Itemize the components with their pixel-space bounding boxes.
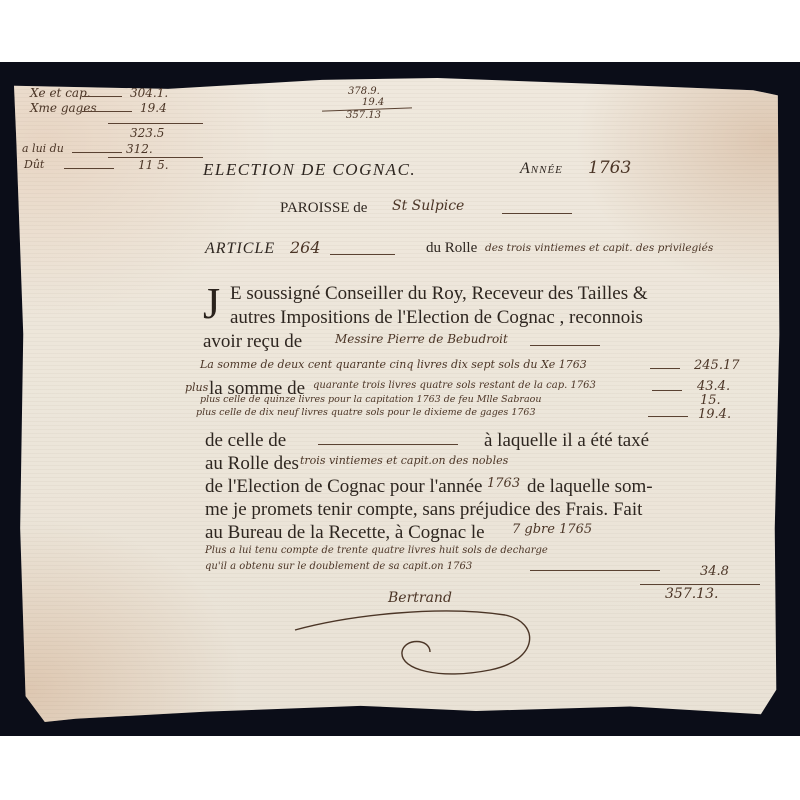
calc-value: 19.4 xyxy=(140,101,167,115)
article-rule xyxy=(330,254,395,255)
rolle-label: du Rolle xyxy=(426,240,477,257)
calc-sum-rule xyxy=(108,123,203,124)
handwritten-line-6: plus celle de quinze livres pour la capi… xyxy=(200,394,541,405)
amount-15: 15. xyxy=(700,393,721,408)
handwritten-year: 1763 xyxy=(487,476,520,491)
amount-dash xyxy=(652,390,682,391)
handwritten-line-14: qu'il a obtenu sur le doublement de sa c… xyxy=(205,561,472,572)
calc-dash xyxy=(82,111,132,112)
body-line-8b: à laquelle il a été taxé xyxy=(484,430,649,452)
name-rule xyxy=(530,345,600,346)
paroisse-value: St Sulpice xyxy=(392,198,464,214)
calc-label: Xme gages xyxy=(30,101,97,115)
amount-34: 34.8 xyxy=(700,564,729,579)
amount-dash xyxy=(648,416,688,417)
blank-rule xyxy=(318,444,458,445)
annee-value: 1763 xyxy=(588,158,631,178)
amount-dash xyxy=(530,570,660,571)
handwritten-line-4: La somme de deux cent quarante cinq livr… xyxy=(200,358,587,371)
annee-label: Année xyxy=(520,160,563,178)
article-label: ARTICLE xyxy=(205,240,275,258)
rolle-value: des trois vintiemes et capit. des privil… xyxy=(485,242,713,254)
amount-19: 19.4. xyxy=(698,407,731,422)
calc-label: a lui du xyxy=(22,142,64,155)
election-title: ELECTION DE COGNAC. xyxy=(203,160,416,180)
amount-43: 43.4. xyxy=(697,379,730,394)
calc-value: 323.5 xyxy=(130,126,164,140)
body-line-10a: de l'Election de Cognac pour l'année xyxy=(205,476,483,498)
calc-value: 19.4 xyxy=(362,97,384,108)
calc-dash xyxy=(64,168,114,169)
amount-dash xyxy=(650,368,680,369)
handwritten-line-9: trois vintiemes et capit.on des nobles xyxy=(300,454,508,467)
handwritten-line-5: quarante trois livres quatre sols restan… xyxy=(313,380,596,391)
body-line-2: autres Impositions de l'Election de Cogn… xyxy=(230,307,643,329)
calc-label: Dût xyxy=(24,158,44,171)
paroisse-label: PAROISSE de xyxy=(280,200,367,217)
total-rule xyxy=(640,584,760,585)
calc-dash xyxy=(72,152,122,153)
body-line-11: me je promets tenir compte, sans préjudi… xyxy=(205,499,642,521)
body-line-9: au Rolle des xyxy=(205,453,299,475)
paroisse-rule xyxy=(502,213,572,214)
calc-value: 378.9. xyxy=(348,86,380,97)
handwritten-line-13: Plus a lui tenu compte de trente quatre … xyxy=(205,545,548,556)
article-value: 264 xyxy=(290,238,321,257)
handwritten-line-7: plus celle de dix neuf livres quatre sol… xyxy=(196,407,536,418)
total-amount: 357.13. xyxy=(665,586,718,602)
calc-value: 357.13 xyxy=(346,110,381,121)
calc-label: Xe et cap. xyxy=(30,86,91,100)
calc-value: 11 5. xyxy=(138,158,169,172)
body-line-10b: de laquelle som- xyxy=(527,476,653,498)
handwritten-date: 7 gbre 1765 xyxy=(512,522,592,537)
calc-value: 312. xyxy=(126,142,153,156)
calc-dash xyxy=(82,96,122,97)
signature-flourish-icon xyxy=(290,600,550,690)
body-line-3: avoir reçu de xyxy=(203,331,302,353)
calc-value: 304.1. xyxy=(130,86,168,100)
body-line-1: E soussigné Conseiller du Roy, Receveur … xyxy=(230,283,648,305)
recipient-name: Messire Pierre de Bebudroit xyxy=(335,332,508,346)
amount-245: 245.17 xyxy=(694,358,740,373)
plus-prefix: plus xyxy=(185,381,208,394)
body-line-12: au Bureau de la Recette, à Cognac le xyxy=(205,522,485,544)
drop-cap-letter: J xyxy=(203,282,220,326)
body-line-8a: de celle de xyxy=(205,430,286,452)
